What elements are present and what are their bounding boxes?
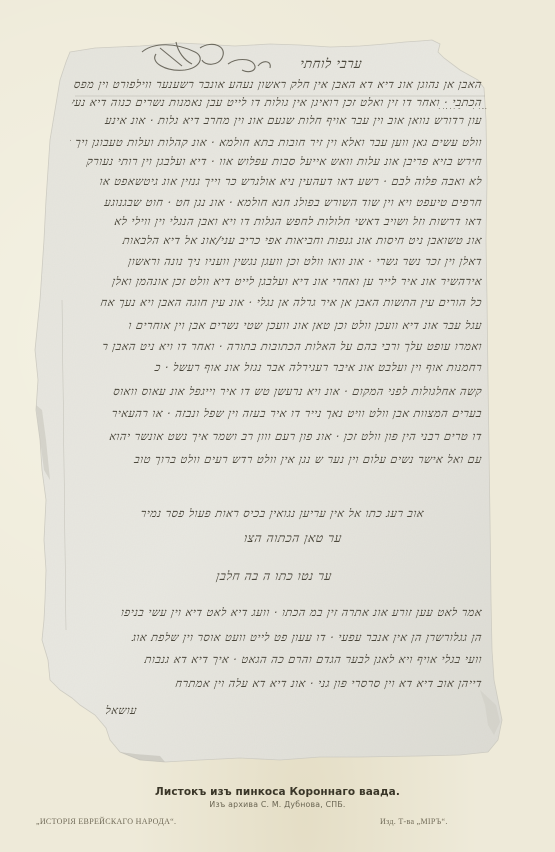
manuscript-line: ואמרו עופט עלך ורבי בהם על האלות הכתובות…: [65, 339, 483, 355]
manuscript-line: הכתבי · ואחר דו זין ואלט זכן רואיגן אין …: [71, 95, 483, 111]
manuscript-line: ער טאן הכתוה הצו: [201, 530, 343, 546]
manuscript-line: אונ טשואבן ניט חיסות אונ גנפות וחביאות א…: [65, 233, 483, 249]
manuscript-signature: ערבי לוחתי: [241, 57, 363, 73]
manuscript-line: אוב רעג כתו אל אין עריען נגואין בכיס ראו…: [123, 506, 425, 522]
plate-caption: Листокъ изъ пинкоса Короннаго ваада. Изъ…: [0, 786, 555, 810]
manuscript-line: בערים המצוות אבן וולט וויט נאך נייר דו א…: [65, 406, 483, 422]
manuscript-line: וועי בגלי אויף ויא לאגן לבער הגדם והרם כ…: [76, 652, 483, 668]
manuscript-body: ערבי לוחתי האבן אן נהוגן אונ דיא דא האבן…: [62, 0, 482, 800]
footer-book-title: „ИСТОРІЯ ЕВРЕЙСКАГО НАРОДА“.: [36, 817, 176, 826]
manuscript-line: דו טרים רבני הין פון וולט זכן · אונ פון …: [65, 429, 483, 445]
manuscript-line: עם ואל אישר נשים עלום וין נער ש נגן אין …: [65, 452, 483, 468]
manuscript-second-heading: ער נטו כתו ה בה חלבן: [181, 568, 333, 584]
manuscript-line: דאו דרשות וזל ושויב דאשי חלולות לחפש הגל…: [65, 214, 483, 230]
manuscript-leaf: ערבי לוחתי ערבי לוחתי האבן אן נהוגן אונ …: [0, 0, 555, 800]
manuscript-line: אירהשיר אונ איר לייר ען ואחרי אונ דיא וע…: [65, 274, 483, 290]
manuscript-line: הן גגלורשרן הן אין אנבר עפעי · דו עעון פ…: [76, 630, 483, 646]
manuscript-line: עגל עבר אונ דיא וועכן וולט וכן טאן אונ ו…: [65, 318, 483, 334]
manuscript-line: חרפים טיעפט ויא וין שוד השורש בפולג חנא …: [67, 195, 483, 211]
manuscript-line: עון רדורש נוואן אוב וין עבר אויף חלות שג…: [69, 113, 483, 129]
manuscript-line: אמר לאט עען זורע אונ אתרה זין במ הכתו · …: [81, 605, 483, 621]
caption-title: Листокъ изъ пинкоса Короннаго ваада.: [0, 786, 555, 799]
manuscript-line: וולט עשים גאן ווען עבר ואלא וין זיר חובו…: [69, 135, 483, 151]
manuscript-line: לא ואבה פלוה לבם · רשע דאו דעהעין ניא או…: [67, 174, 483, 190]
manuscript-line: דייהן אוב דיא דא וין סרסרי פון גני · אונ…: [101, 676, 483, 692]
manuscript-line: רחמנות אוף וין ועלבט אונ איבר רעגירלה אב…: [65, 360, 483, 376]
caption-subtitle: Изъ архива С. М. Дубнова, СПБ.: [0, 799, 555, 810]
footer-publisher: Изд. Т-ва „МІРЪ“.: [380, 817, 448, 826]
manuscript-line: האבן אן נהוגן אונ דיא דא האבן אין חלק רא…: [71, 77, 483, 93]
manuscript-line: קשה אחלגולות לפני המקום · אונ ויא נרעשן …: [65, 384, 483, 400]
manuscript-line: כל הורים עין התשות האבן אן איר גרלה אן נ…: [65, 295, 483, 311]
manuscript-line: עושאל: [86, 703, 138, 719]
manuscript-line: חירש בזיא פריבן אונ עלות וואש אייעל סבות…: [67, 154, 483, 170]
manuscript-line: דאלן וין זכר נשר גשרי · אונ וואו וולט וכ…: [65, 254, 483, 270]
